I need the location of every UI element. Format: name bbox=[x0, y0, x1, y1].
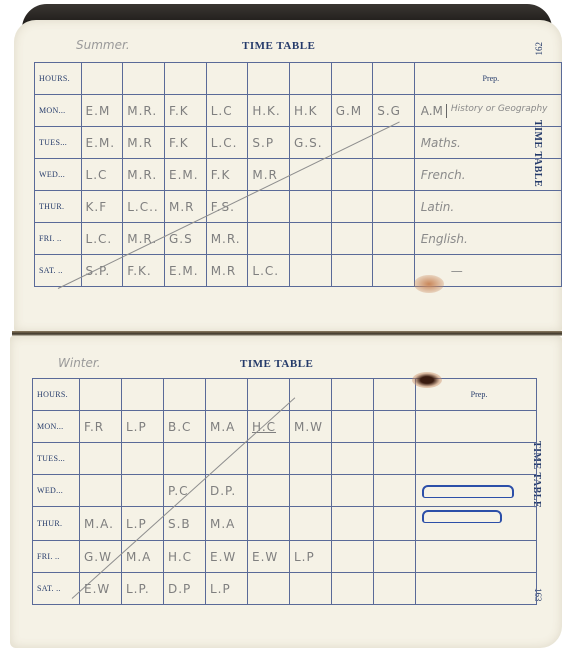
lesson-cell bbox=[248, 223, 290, 255]
lesson-cell bbox=[80, 475, 122, 507]
lesson-cell: S.G bbox=[373, 95, 414, 127]
timetable-page-summer: Summer. TIME TABLE 162 TIME TABLE HOURS.… bbox=[14, 20, 562, 332]
prep-cell: Latin. bbox=[414, 191, 561, 223]
prep-cell bbox=[416, 507, 537, 541]
lesson-cell: S.B bbox=[164, 507, 206, 541]
hour-slot bbox=[123, 63, 165, 95]
hour-slot bbox=[206, 63, 248, 95]
lesson-cell bbox=[373, 191, 414, 223]
lesson-cell: E.W bbox=[248, 541, 290, 573]
lesson-cell bbox=[331, 127, 373, 159]
lesson-cell: F.R bbox=[80, 411, 122, 443]
lesson-cell bbox=[290, 573, 332, 605]
lesson-cell: M.R. bbox=[123, 159, 165, 191]
lesson-cell bbox=[374, 411, 416, 443]
prep-cell bbox=[416, 541, 537, 573]
day-label: WED... bbox=[33, 475, 80, 507]
lesson-cell: E.M. bbox=[165, 159, 207, 191]
hour-slot bbox=[290, 63, 332, 95]
hour-slot bbox=[374, 379, 416, 411]
hour-slot bbox=[81, 63, 123, 95]
rust-stain bbox=[414, 275, 444, 293]
day-label: MON... bbox=[33, 411, 80, 443]
lesson-cell: G.W bbox=[80, 541, 122, 573]
lesson-cell bbox=[290, 191, 332, 223]
lesson-cell bbox=[332, 411, 374, 443]
lesson-cell bbox=[248, 475, 290, 507]
hour-slot bbox=[165, 63, 207, 95]
lesson-cell: L.C bbox=[81, 159, 123, 191]
day-label: THUR. bbox=[35, 191, 82, 223]
timetable-grid: HOURS. Prep. MON... E.M M.R. F.K L.C H.K… bbox=[34, 62, 562, 287]
page-title: TIME TABLE bbox=[242, 40, 315, 52]
lesson-cell bbox=[164, 443, 206, 475]
lesson-cell bbox=[331, 191, 373, 223]
lesson-cell: L.P bbox=[206, 573, 248, 605]
table-row: TUES... bbox=[33, 443, 537, 475]
lesson-cell: H.K. bbox=[248, 95, 290, 127]
lesson-cell: P.C bbox=[164, 475, 206, 507]
lesson-cell: D.P. bbox=[206, 475, 248, 507]
table-row: THUR. K.F L.C.. M.R F.S. Latin. bbox=[35, 191, 562, 223]
table-row: SAT. .. E.W L.P. D.P L.P bbox=[33, 573, 537, 605]
page-title: TIME TABLE bbox=[240, 358, 313, 370]
prep-cell: English. bbox=[414, 223, 561, 255]
hour-slot bbox=[248, 379, 290, 411]
hour-slot bbox=[206, 379, 248, 411]
table-row: FRI. .. G.W M.A H.C E.W E.W L.P bbox=[33, 541, 537, 573]
prep-cell bbox=[416, 475, 537, 507]
lesson-cell bbox=[374, 507, 416, 541]
day-label: FRI. .. bbox=[33, 541, 80, 573]
lesson-cell bbox=[248, 191, 290, 223]
lesson-cell bbox=[331, 255, 373, 287]
lesson-cell: G.M bbox=[331, 95, 373, 127]
ink-scribble bbox=[422, 485, 514, 498]
lesson-cell: E.W bbox=[206, 541, 248, 573]
lesson-cell bbox=[331, 223, 373, 255]
day-label: TUES... bbox=[35, 127, 82, 159]
timetable-grid: HOURS. Prep. MON... F.R L.P B.C M.A H.C … bbox=[32, 378, 537, 605]
prep-extra-slot: A.M bbox=[421, 104, 447, 118]
lesson-cell bbox=[122, 475, 164, 507]
lesson-cell: M.R. bbox=[206, 223, 248, 255]
prep-cell: French. bbox=[414, 159, 561, 191]
lesson-cell: H.K bbox=[290, 95, 332, 127]
day-label: SAT. .. bbox=[35, 255, 82, 287]
season-note: Winter. bbox=[58, 356, 101, 370]
lesson-cell bbox=[374, 541, 416, 573]
table-row: WED... L.C M.R. E.M. F.K M.R French. bbox=[35, 159, 562, 191]
prep-cell: A.M History or Geography bbox=[414, 95, 561, 127]
lesson-cell: L.C. bbox=[248, 255, 290, 287]
lesson-cell bbox=[80, 443, 122, 475]
day-label: MON... bbox=[35, 95, 82, 127]
hour-slot bbox=[332, 379, 374, 411]
table-row: WED... P.C D.P. bbox=[33, 475, 537, 507]
lesson-cell: K.F bbox=[81, 191, 123, 223]
lesson-cell bbox=[373, 223, 414, 255]
lesson-cell: E.M. bbox=[165, 255, 207, 287]
ink-scribble bbox=[422, 510, 502, 523]
day-label: SAT. .. bbox=[33, 573, 80, 605]
lesson-cell: E.M bbox=[81, 95, 123, 127]
hours-label: HOURS. bbox=[35, 63, 82, 95]
lesson-cell bbox=[373, 255, 414, 287]
lesson-cell bbox=[122, 443, 164, 475]
lesson-cell: F.K bbox=[165, 127, 207, 159]
ink-blot-stain bbox=[412, 372, 442, 388]
lesson-cell bbox=[290, 475, 332, 507]
day-label: WED... bbox=[35, 159, 82, 191]
hour-slot bbox=[248, 63, 290, 95]
prep-cell: Maths. bbox=[414, 127, 561, 159]
table-row: FRI. .. L.C. M.R. G.S M.R. English. bbox=[35, 223, 562, 255]
lesson-cell: H.C bbox=[164, 541, 206, 573]
lesson-cell: M.A. bbox=[80, 507, 122, 541]
lesson-cell: D.P bbox=[164, 573, 206, 605]
lesson-cell bbox=[331, 159, 373, 191]
day-label: TUES... bbox=[33, 443, 80, 475]
lesson-cell: L.C.. bbox=[123, 191, 165, 223]
lesson-cell bbox=[290, 159, 332, 191]
lesson-cell: G.S bbox=[165, 223, 207, 255]
lesson-cell bbox=[332, 541, 374, 573]
table-row: MON... E.M M.R. F.K L.C H.K. H.K G.M S.G… bbox=[35, 95, 562, 127]
prep-header: Prep. bbox=[414, 63, 561, 95]
lesson-cell: L.C. bbox=[81, 223, 123, 255]
lesson-cell bbox=[290, 223, 332, 255]
lesson-cell bbox=[374, 475, 416, 507]
hour-slot bbox=[122, 379, 164, 411]
prep-cell bbox=[416, 443, 537, 475]
lesson-cell: H.C bbox=[248, 411, 290, 443]
lesson-cell: S.P bbox=[248, 127, 290, 159]
table-row: SAT. .. S.P. F.K. E.M. M.R L.C. — bbox=[35, 255, 562, 287]
header-row: HOURS. Prep. bbox=[35, 63, 562, 95]
lesson-cell: B.C bbox=[164, 411, 206, 443]
lesson-cell bbox=[332, 443, 374, 475]
page-number: 162 bbox=[534, 42, 544, 56]
hours-label: HOURS. bbox=[33, 379, 80, 411]
lesson-cell bbox=[332, 573, 374, 605]
lesson-cell: M.R. bbox=[123, 95, 165, 127]
lesson-cell bbox=[373, 159, 414, 191]
lesson-cell bbox=[332, 475, 374, 507]
lesson-cell bbox=[332, 507, 374, 541]
lesson-cell: L.C. bbox=[206, 127, 248, 159]
lesson-cell bbox=[290, 255, 332, 287]
lesson-cell bbox=[248, 443, 290, 475]
lesson-cell: L.C bbox=[206, 95, 248, 127]
season-note: Summer. bbox=[76, 38, 130, 52]
table-row: THUR. M.A. L.P S.B M.A bbox=[33, 507, 537, 541]
hour-slot bbox=[164, 379, 206, 411]
lesson-cell: M.W bbox=[290, 411, 332, 443]
lesson-cell: F.K bbox=[165, 95, 207, 127]
day-label: FRI. .. bbox=[35, 223, 82, 255]
lesson-cell bbox=[374, 573, 416, 605]
hour-slot bbox=[373, 63, 414, 95]
lesson-cell: L.P. bbox=[122, 573, 164, 605]
lesson-cell bbox=[248, 573, 290, 605]
lesson-cell: M.A bbox=[206, 411, 248, 443]
lesson-cell: L.P bbox=[290, 541, 332, 573]
hour-slot bbox=[80, 379, 122, 411]
table-row: MON... F.R L.P B.C M.A H.C M.W bbox=[33, 411, 537, 443]
hour-slot bbox=[331, 63, 373, 95]
lesson-cell: M.A bbox=[122, 541, 164, 573]
prep-cell bbox=[416, 411, 537, 443]
lesson-cell bbox=[290, 507, 332, 541]
lesson-cell: E.W bbox=[80, 573, 122, 605]
lesson-cell: E.M. bbox=[81, 127, 123, 159]
lesson-cell bbox=[374, 443, 416, 475]
day-label: THUR. bbox=[33, 507, 80, 541]
lesson-cell: M.R bbox=[123, 127, 165, 159]
lesson-cell: F.K. bbox=[123, 255, 165, 287]
lesson-cell: G.S. bbox=[290, 127, 332, 159]
lesson-cell: F.K bbox=[206, 159, 248, 191]
lesson-cell: M.A bbox=[206, 507, 248, 541]
prep-cell bbox=[416, 573, 537, 605]
hour-slot bbox=[290, 379, 332, 411]
lesson-cell bbox=[248, 507, 290, 541]
timetable-page-winter: Winter. TIME TABLE TIME TABLE 163 HOURS.… bbox=[10, 336, 562, 648]
lesson-cell: L.P bbox=[122, 411, 164, 443]
lesson-cell bbox=[290, 443, 332, 475]
lesson-cell: M.R bbox=[206, 255, 248, 287]
table-row: TUES... E.M. M.R F.K L.C. S.P G.S. Maths… bbox=[35, 127, 562, 159]
